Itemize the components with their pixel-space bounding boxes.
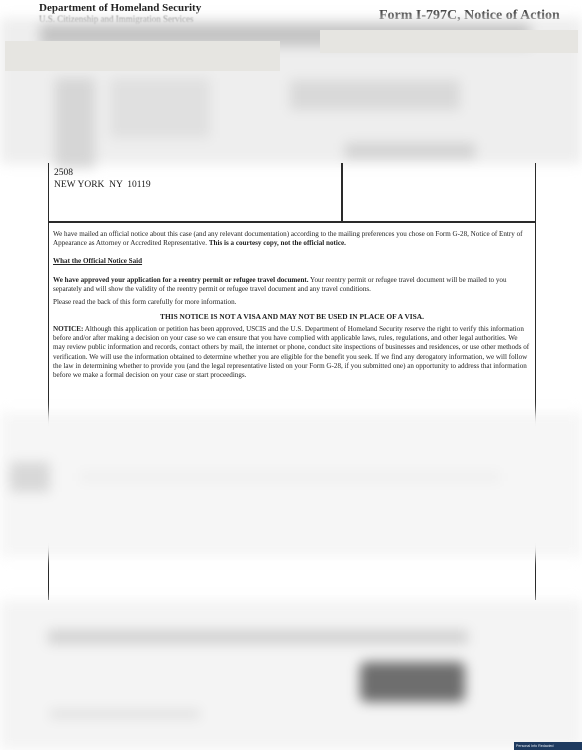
approval-bold: We have approved your application for a … — [53, 276, 309, 284]
approval-paragraph: We have approved your application for a … — [53, 276, 531, 294]
redaction-bar-left — [5, 41, 280, 71]
address-line-2: NEW YORK NY 10119 — [54, 179, 151, 191]
redacted-footer-region — [0, 600, 582, 750]
section-heading: What the Official Notice Said — [53, 257, 531, 266]
read-back-paragraph: Please read the back of this form carefu… — [53, 298, 531, 307]
redacted-middle-region — [0, 412, 582, 557]
notice-text: Although this application or petition ha… — [53, 325, 529, 379]
courtesy-copy-paragraph: We have mailed an official notice about … — [53, 230, 531, 248]
address-divider — [341, 163, 343, 221]
redaction-bar-right — [320, 30, 578, 53]
verification-notice: NOTICE: Although this application or pet… — [53, 325, 531, 380]
section-divider — [48, 221, 536, 223]
courtesy-copy-bold: This is a courtesy copy, not the officia… — [209, 239, 346, 247]
agency-name: Department of Homeland Security — [39, 2, 201, 14]
visa-warning: THIS NOTICE IS NOT A VISA AND MAY NOT BE… — [53, 312, 531, 321]
mailing-address: 2508 NEW YORK NY 10119 — [54, 167, 151, 191]
redaction-badge: Personal Info Redacted — [514, 742, 582, 750]
address-line-1: 2508 — [54, 167, 151, 179]
notice-label: NOTICE: — [53, 325, 83, 333]
